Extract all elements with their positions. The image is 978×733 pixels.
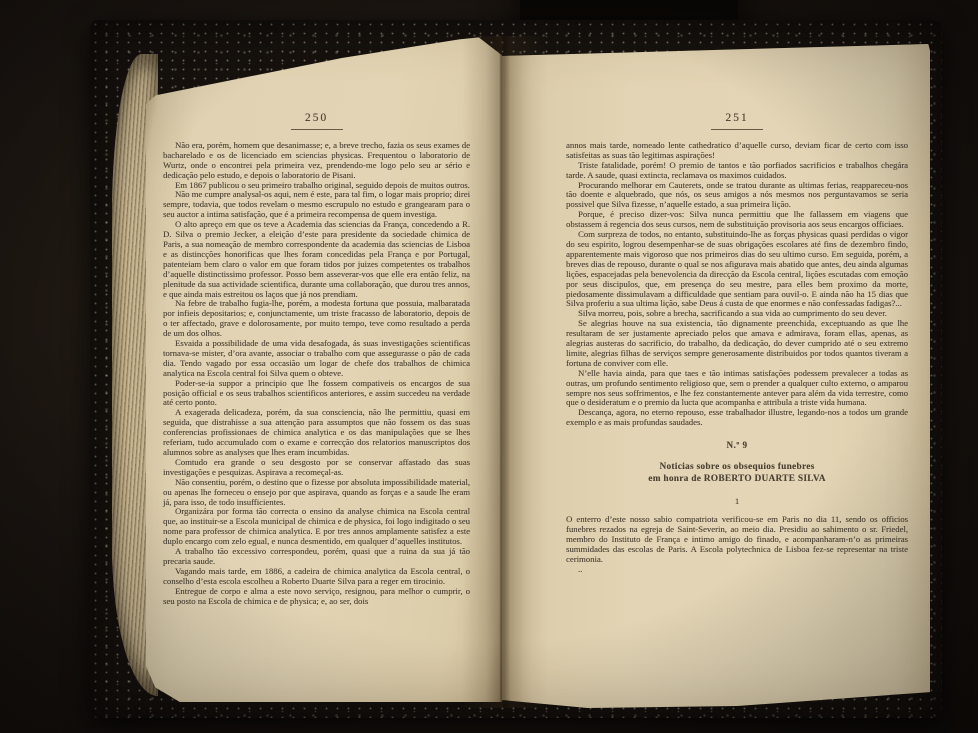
left-page-text: Não era, porém, homem que desanimasse; e… [163, 141, 470, 607]
page-number-rule [711, 129, 763, 130]
page-number: 250 [163, 114, 470, 124]
paragraph: Não me cumpre analysal-os aqui, nem é es… [163, 190, 470, 220]
paragraph: Na febre de trabalho fugia-lhe, porém, a… [163, 299, 470, 339]
paragraph: A trabalho tão excessivo correspondeu, p… [163, 547, 470, 567]
paragraph: Entregue de corpo e alma a este novo ser… [163, 587, 470, 607]
paragraph: O enterro d’este nosso sabio compatriota… [566, 515, 908, 565]
left-page-content: 250 Não era, porém, homem que desanimass… [163, 112, 470, 607]
page-number: 251 [566, 114, 908, 124]
paragraph: Esvaida a possibilidade de uma vida desa… [163, 339, 470, 379]
section-title: Noticias sobre os obsequios funebres em … [566, 462, 908, 485]
paragraph: Procurando melhorar em Cauterets, onde s… [566, 181, 908, 211]
section-number: N.º 9 [566, 441, 908, 451]
paragraph: A exagerada delicadeza, porém, da sua co… [163, 408, 470, 458]
book-photo: 250 Não era, porém, homem que desanimass… [0, 0, 978, 733]
paragraph: Não era, porém, homem que desanimasse; e… [163, 141, 470, 181]
paragraph: Organizára por forma tão correcta o ensi… [163, 507, 470, 547]
paragraph: Se alegrias houve na sua existencia, tão… [566, 319, 908, 369]
paragraph: .. [566, 565, 908, 575]
section-text: O enterro d’este nosso sabio compatriota… [566, 515, 908, 574]
paragraph: annos mais tarde, nomeado lente cathedra… [566, 141, 908, 161]
paragraph: N’elle havia ainda, para que taes e tão … [566, 369, 908, 409]
paragraph: Com surpreza de todos, no entanto, subst… [566, 230, 908, 309]
paragraph: Não consentiu, porém, o destino que o fi… [163, 478, 470, 508]
paragraph: Poder-se-ia suppor a principio que lhe f… [163, 379, 470, 409]
page-number-rule [291, 129, 343, 130]
section-title-line: em honra de ROBERTO DUARTE SILVA [566, 474, 908, 486]
paragraph: Vagando mais tarde, em 1886, a cadeira d… [163, 567, 470, 587]
paragraph: Triste fatalidade, porém! O premio de ta… [566, 161, 908, 181]
subsection-marker: 1 [566, 497, 908, 507]
paragraph: O alto apreço em que os teve a Academia … [163, 220, 470, 299]
paragraph: Porque, é preciso dizer-vos: Silva nunca… [566, 210, 908, 230]
paragraph: Descança, agora, no eterno repouso, esse… [566, 408, 908, 428]
paragraph: Comtudo era grande o seu desgosto por se… [163, 458, 470, 478]
right-page-text: annos mais tarde, nomeado lente cathedra… [566, 141, 908, 428]
right-page-content: 251 annos mais tarde, nomeado lente cath… [566, 112, 908, 574]
section-title-line: Noticias sobre os obsequios funebres [566, 462, 908, 474]
